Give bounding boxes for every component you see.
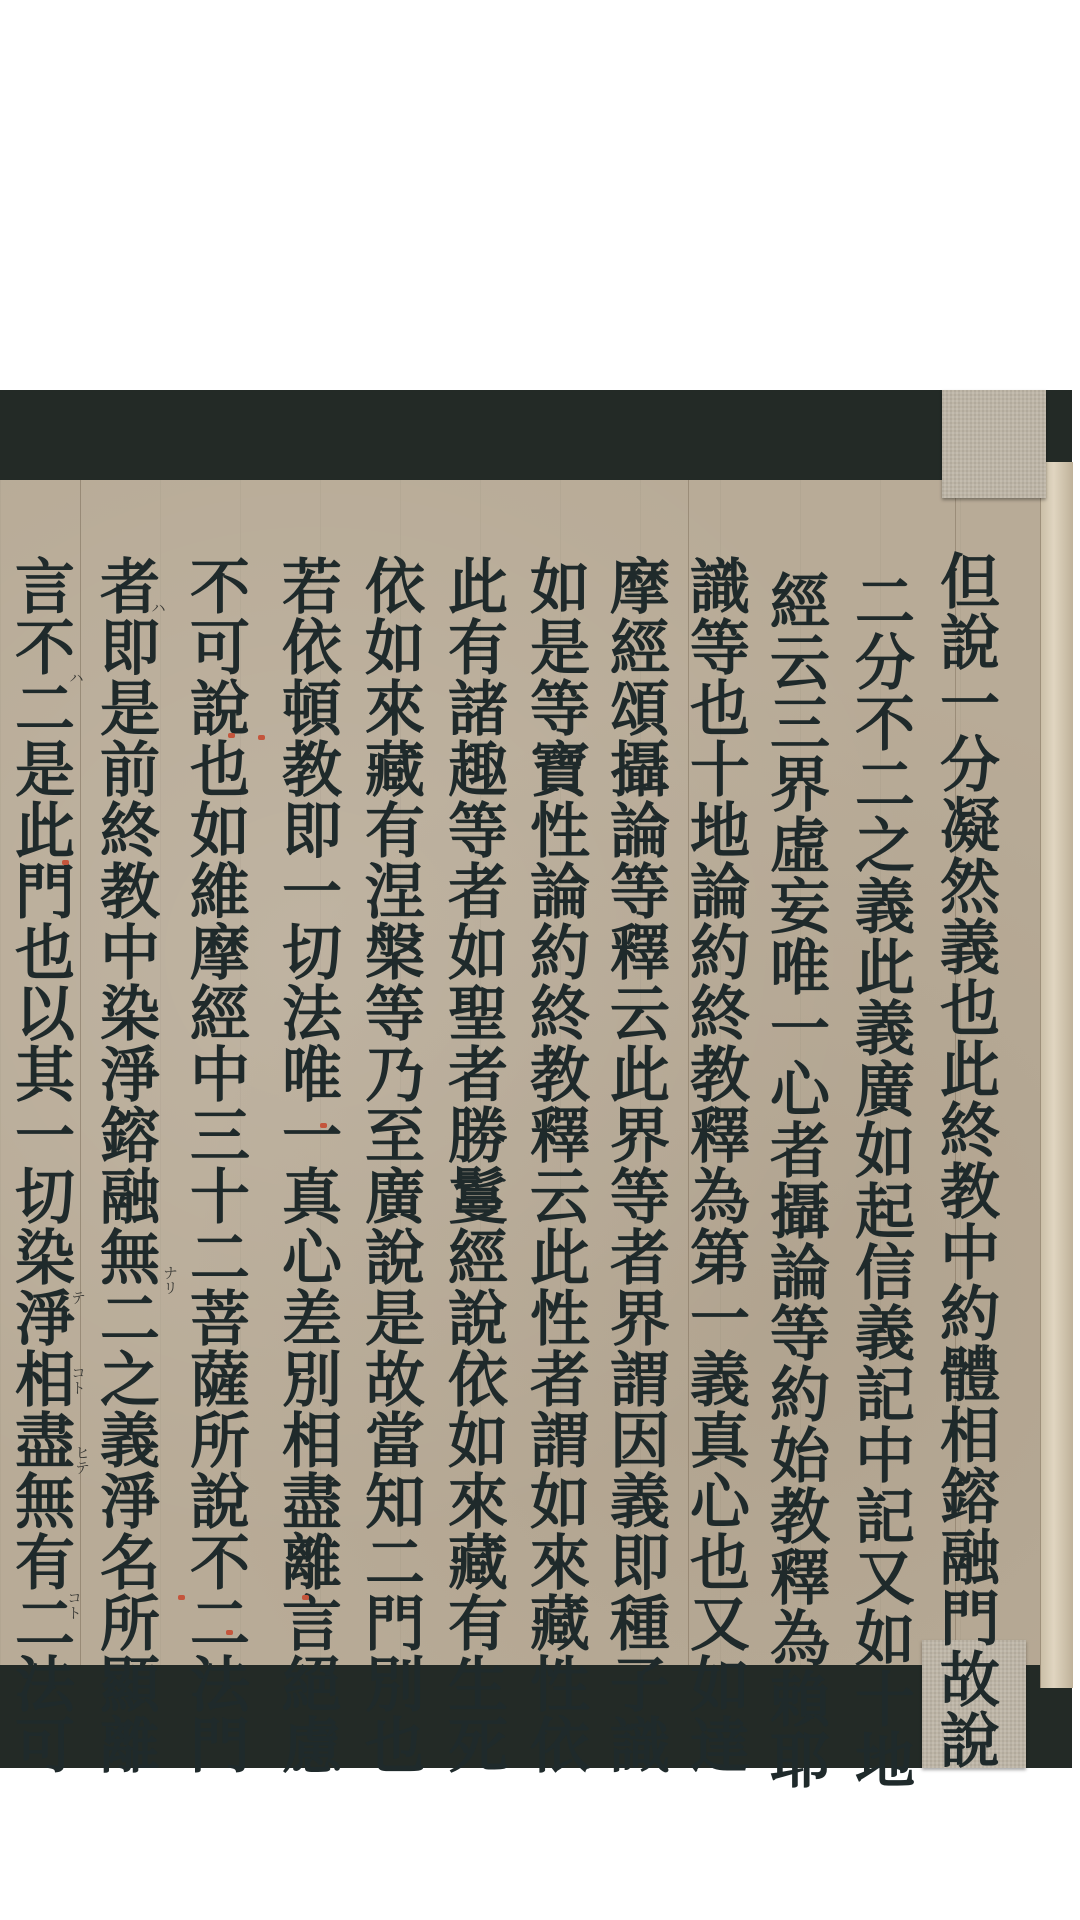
text-column-7: 此有諸趣等者如聖者勝鬘經說依如來藏有生死 <box>438 555 508 1775</box>
text-column-8: 依如來藏有涅槃等乃至廣說是故當知二門別也 <box>355 555 425 1775</box>
red-punctuation-mark <box>258 735 265 740</box>
text-column-6: 如是等寶性論約終教釋云此性者謂如來藏性依 <box>520 555 590 1775</box>
text-column-10: 不可說也如維摩經中三十二菩薩所說不二法門 <box>180 555 250 1775</box>
text-column-4: 識等也十地論約終教釋為第一義真心也又如達 <box>680 555 750 1775</box>
red-punctuation-mark <box>302 1595 309 1600</box>
text-column-11: 者即是前終教中染淨鎔融無二之義淨名所顯離 <box>90 555 160 1775</box>
katakana-gloss: コト <box>68 1365 89 1395</box>
katakana-gloss: テ <box>68 1290 89 1305</box>
text-column-3: 經云三界虛妄唯一心者攝論等約始教釋為賴耶 <box>760 570 830 1790</box>
text-column-5: 摩經頌攝論等釋云此界等者界謂因義即種子識 <box>600 555 670 1775</box>
katakana-gloss: ヒテ <box>72 1445 93 1475</box>
katakana-gloss: ハ <box>148 600 169 615</box>
paper-seam <box>80 480 81 1665</box>
text-column-1: 但說一分凝然義也此終教中約體相鎔融門故說 <box>930 550 1000 1770</box>
katakana-gloss: コト <box>64 1590 85 1620</box>
red-punctuation-mark <box>226 1630 233 1635</box>
scroll-roller <box>1040 462 1073 1688</box>
red-punctuation-mark <box>320 1123 327 1128</box>
red-punctuation-mark <box>178 1595 185 1600</box>
text-column-9: 若依頓教即一切法唯一真心差別相盡離言絕慮 <box>272 555 342 1775</box>
linen-tie-top <box>942 390 1046 498</box>
red-punctuation-mark <box>62 860 69 865</box>
text-column-2: 二分不二之義此義廣如起信義記中記又如十地 <box>845 570 915 1790</box>
red-punctuation-mark <box>228 733 235 738</box>
katakana-gloss: ハ <box>66 670 87 685</box>
katakana-gloss: ナリ <box>160 1265 181 1295</box>
